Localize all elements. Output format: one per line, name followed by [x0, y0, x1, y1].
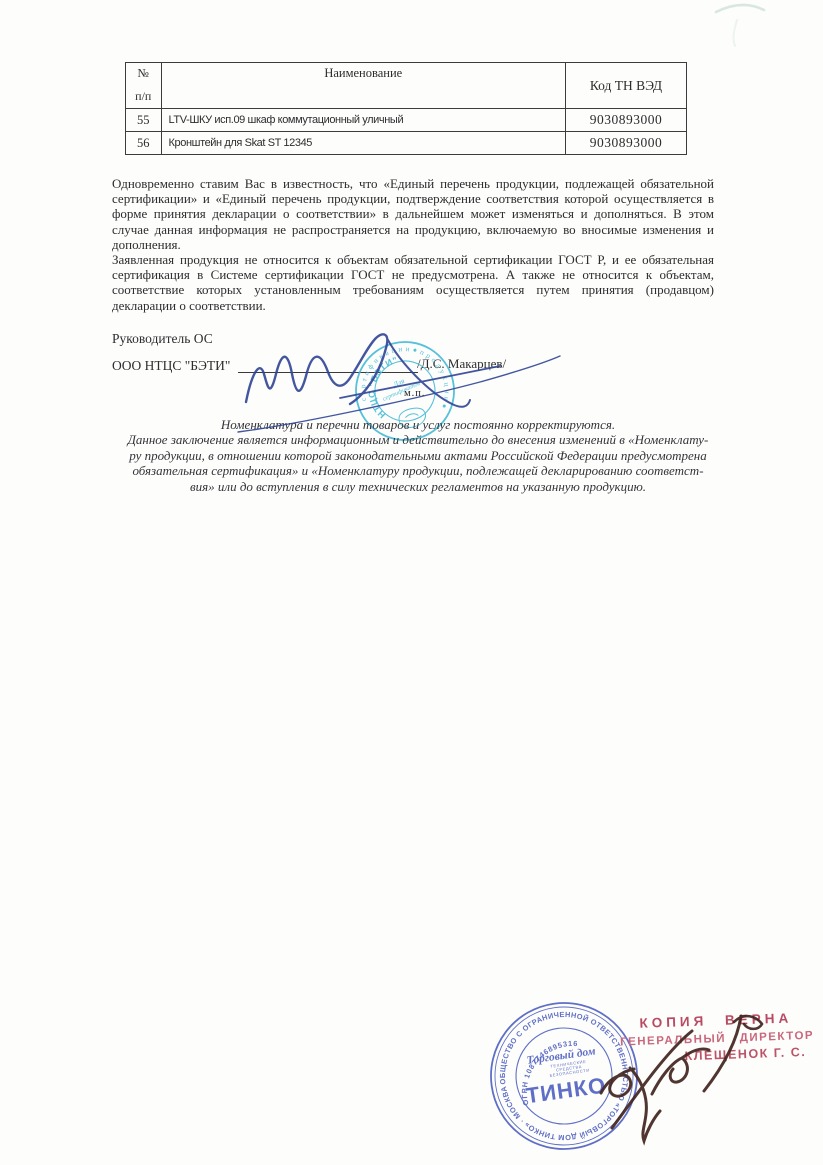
row-number: 56 — [126, 132, 162, 155]
note-line: обязательная сертификация» и «Номенклату… — [86, 463, 750, 478]
table-header-row: № п/п Наименование Код ТН ВЭД — [126, 63, 687, 109]
copy-stamp-line1: КОПИЯ ВЕРНА — [639, 1011, 819, 1031]
column-header-name: Наименование — [324, 66, 402, 80]
copy-stamp-line3: КЛЕЩЕНОК Г. С. — [684, 1046, 820, 1063]
note-line: ру продукции, в отношении которой законо… — [86, 448, 750, 463]
tinko-company-stamp-icon: ОБЩЕСТВО С ОГРАНИЧЕННОЙ ОТВЕТСТВЕННОСТЬЮ… — [477, 989, 651, 1163]
row-number: 55 — [126, 109, 162, 132]
note-italic-block: Номенклатура и перечни товаров и услуг п… — [86, 417, 750, 494]
paragraph-notification: Одновременно ставим Вас в известность, ч… — [112, 176, 714, 252]
num-header-line2: п/п — [126, 89, 161, 104]
signer-role-label: Руководитель ОС — [112, 331, 213, 347]
table-row: 55 LTV-ШКУ исп.09 шкаф коммутационный ул… — [126, 109, 687, 132]
row-tnved-code: 9030893000 — [565, 109, 686, 132]
body-text: Одновременно ставим Вас в известность, ч… — [112, 176, 714, 313]
copy-verna-stamp: КОПИЯ ВЕРНА ГЕНЕРАЛЬНЫЙ ДИРЕКТОР КЛЕЩЕНО… — [619, 1011, 821, 1065]
scanned-document-page: № п/п Наименование Код ТН ВЭД 55 LTV-ШКУ… — [0, 0, 823, 1165]
product-table: № п/п Наименование Код ТН ВЭД 55 LTV-ШКУ… — [125, 62, 687, 155]
note-line: вия» или до вступления в силу технически… — [86, 479, 750, 494]
corner-mark — [716, 5, 764, 46]
column-header-code: Код ТН ВЭД — [565, 63, 686, 109]
num-header-line1: № — [126, 66, 161, 81]
row-product-name: Кронштейн для Skat ST 12345 — [161, 132, 565, 155]
ink-overlay — [0, 0, 823, 1165]
table-row: 56 Кронштейн для Skat ST 12345 903089300… — [126, 132, 687, 155]
row-product-name: LTV-ШКУ исп.09 шкаф коммутационный уличн… — [161, 109, 565, 132]
row-tnved-code: 9030893000 — [565, 132, 686, 155]
column-header-num: № п/п — [126, 63, 161, 108]
note-line: Данное заключение является информационны… — [86, 432, 750, 447]
paragraph-declaration: Заявленная продукция не относится к объе… — [112, 252, 714, 313]
tinko-logo-text: ТИНКО — [524, 1072, 607, 1108]
note-line: Номенклатура и перечни товаров и услуг п… — [86, 417, 750, 432]
signer-org-label: ООО НТЦС "БЭТИ" — [112, 358, 230, 374]
